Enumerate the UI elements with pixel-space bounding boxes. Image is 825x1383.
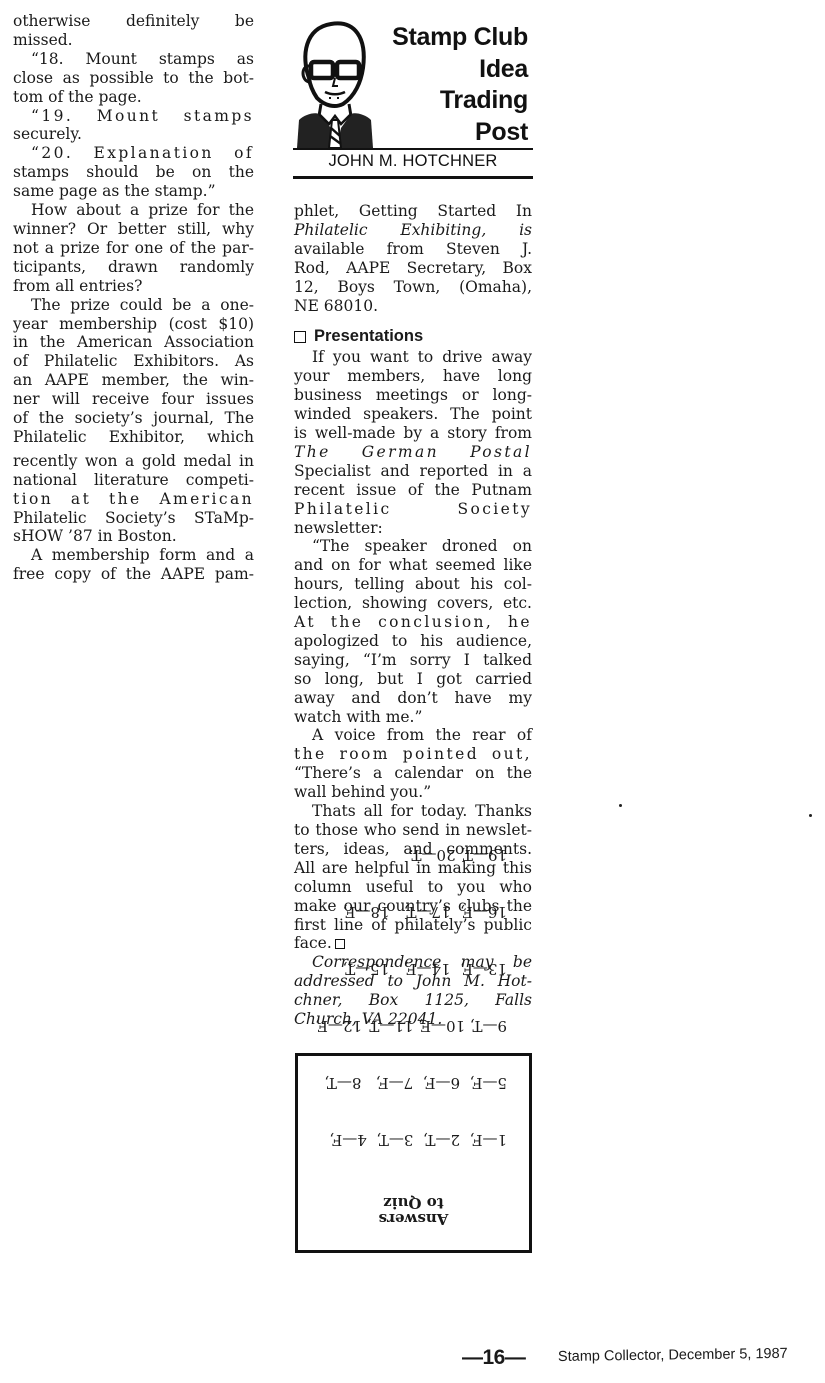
text-line: NE 68010. [294,297,532,316]
answers-line: 9—T, 10—F, 11—T, 12—F, [298,1016,507,1035]
text-line: stamps should be on the [13,163,254,182]
text-line: Philatelic Society [294,500,532,519]
text-line: “There’s a calendar on the [294,764,532,783]
title-line: Post [392,117,528,149]
paragraph: phlet, Getting Started In Philatelic Exh… [294,202,532,315]
paragraph: “The speaker droned on and on for what s… [294,537,532,726]
text-line: otherwise definitely be [13,12,254,31]
text-line: wall behind you.” [294,783,532,802]
paragraph: recently won a gold medal in national li… [13,452,254,547]
text-line: sHOW ’87 in Boston. [13,527,254,546]
text-line: saying, “I’m sorry I talked [294,651,532,670]
text-line: recent issue of the Putnam [294,481,532,500]
text-line: available from Steven J. [294,240,532,259]
title-line: Trading [392,85,528,117]
text-line: year membership (cost $10) [13,315,254,334]
text-line: from all entries? [13,277,254,296]
text-line: same page as the stamp.” [13,182,254,201]
quiz-answers-rotated: Answers to Quiz 1—F, 2—T, 3—T, 4—F, 5—F,… [298,1056,529,1250]
text-line: “The speaker droned on [294,537,532,556]
text-line: The prize could be a one- [13,296,254,315]
text-line: Philatelic Society’s STaMp- [13,509,254,528]
text-line: A voice from the rear of [294,726,532,745]
text-line: free copy of the AAPE pam- [13,565,254,584]
text-line: “18. Mount stamps as [13,50,254,69]
paragraph: The prize could be a one- year membershi… [13,296,254,447]
paragraph: A membership form and a free copy of the… [13,546,254,584]
text-line: not a prize for one of the par- [13,239,254,258]
text-line: is well-made by a story from [294,424,532,443]
text-line: Rod, AAPE Secretary, Box [294,259,532,278]
paragraph: If you want to drive away your members, … [294,348,532,537]
answers-line: 13—F, 14—F, 15—T, [298,959,507,978]
text-line: the room pointed out, [294,745,532,764]
columnist-portrait-icon [295,16,375,152]
section-heading: Presentations [294,327,532,346]
paragraph: otherwise definitely be missed. [13,12,254,50]
text-line: winner? Or better still, why [13,220,254,239]
answers-line: 19—T, 20—T. [298,845,507,864]
title-line: Idea [392,54,528,86]
publication-line: Stamp Collector, December 5, 1987 [558,1346,788,1365]
text-line: winded speakers. The point [294,405,532,424]
text-line: phlet, Getting Started In [294,202,532,221]
text-line: of the society’s journal, The [13,409,254,428]
text-line: If you want to drive away [294,348,532,367]
text-line: 12, Boys Town, (Omaha), [294,278,532,297]
page-number: —16— [462,1346,525,1370]
text-line: A membership form and a [13,546,254,565]
title-line: Stamp Club [392,22,528,54]
text-line: and on for what seemed like [294,556,532,575]
text-line: Philatelic Exhibiting, is [294,221,532,240]
answers-line: 5—F, 6—F, 7—F, 8—T, [298,1073,507,1092]
quiz-answers-box: Answers to Quiz 1—F, 2—T, 3—T, 4—F, 5—F,… [295,1053,532,1253]
left-column: otherwise definitely be missed. “18. Mou… [13,12,254,584]
answers-title: Answers [298,1211,529,1227]
answers-line: 16—F, 17—T, 18—F, [298,902,507,921]
answers-line: 1—F, 2—T, 3—T, 4—F, [298,1130,507,1149]
answers-subtitle: to Quiz [298,1195,529,1211]
author-byline: JOHN M. HOTCHNER [293,152,533,171]
paragraph: “20. Explanation of stamps should be on … [13,144,254,201]
text-line: Philatelic Exhibitor, which [13,428,254,447]
text-line: away and don’t have my [294,689,532,708]
text-line: securely. [13,125,254,144]
text-line: in the American Association [13,333,254,352]
text-line: recently won a gold medal in [13,452,254,471]
text-line: so long, but I got carried [294,670,532,689]
text-line: your members, have long [294,367,532,386]
paragraph: A voice from the rear of the room pointe… [294,726,532,802]
text-line: business meetings or long- [294,386,532,405]
text-line: an AAPE member, the win- [13,371,254,390]
column-header: Stamp Club Idea Trading Post JOHN M. HOT… [293,10,533,178]
text-line: ticipants, drawn randomly [13,258,254,277]
header-rule-bottom [293,176,533,179]
text-line: newsletter: [294,519,532,538]
text-line: lection, showing covers, etc. [294,594,532,613]
text-line: At the conclusion, he [294,613,532,632]
text-line: hours, telling about his col- [294,575,532,594]
text-line: The German Postal [294,443,532,462]
scan-speck [619,804,622,807]
paragraph: How about a prize for the winner? Or bet… [13,201,254,296]
section-heading-text: Presentations [314,327,423,346]
column-title: Stamp Club Idea Trading Post [392,22,528,148]
text-line: ner will receive four issues [13,390,254,409]
scan-speck [809,814,812,817]
text-line: national literature competi- [13,471,254,490]
text-line: watch with me.” [294,708,532,727]
text-line: missed. [13,31,254,50]
text-line: How about a prize for the [13,201,254,220]
page-footer: —16— Stamp Collector, December 5, 1987 [462,1346,812,1370]
header-rule-top [293,148,533,150]
text-line: tion at the American [13,490,254,509]
text-line: tom of the page. [13,88,254,107]
text-line: Specialist and reported in a [294,462,532,481]
text-line: apologized to his audience, [294,632,532,651]
paragraph: “19. Mount stamps securely. [13,107,254,145]
paragraph: “18. Mount stamps as close as possible t… [13,50,254,107]
text-line: “19. Mount stamps [13,107,254,126]
answers-list: 1—F, 2—T, 3—T, 4—F, 5—F, 6—F, 7—F, 8—T, … [298,807,507,1187]
text-line: close as possible to the bot- [13,69,254,88]
text-line: “20. Explanation of [13,144,254,163]
checkbox-bullet-icon [294,331,306,343]
text-line: of Philatelic Exhibitors. As [13,352,254,371]
